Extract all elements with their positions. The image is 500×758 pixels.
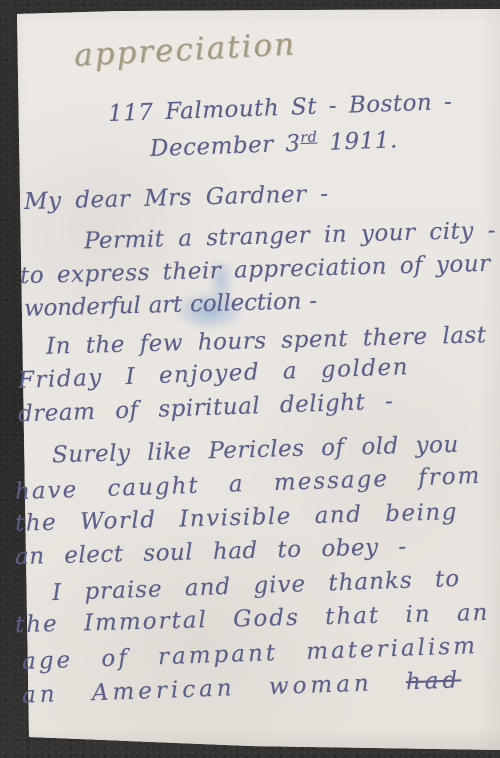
struck-word: had	[406, 667, 462, 695]
photographed-letter: appreciation 117 Falmouth St - Boston - …	[0, 0, 500, 758]
date-prefix: December 3	[150, 131, 301, 162]
date-ordinal: rd	[300, 129, 317, 146]
date-year: 1911.	[317, 127, 398, 156]
